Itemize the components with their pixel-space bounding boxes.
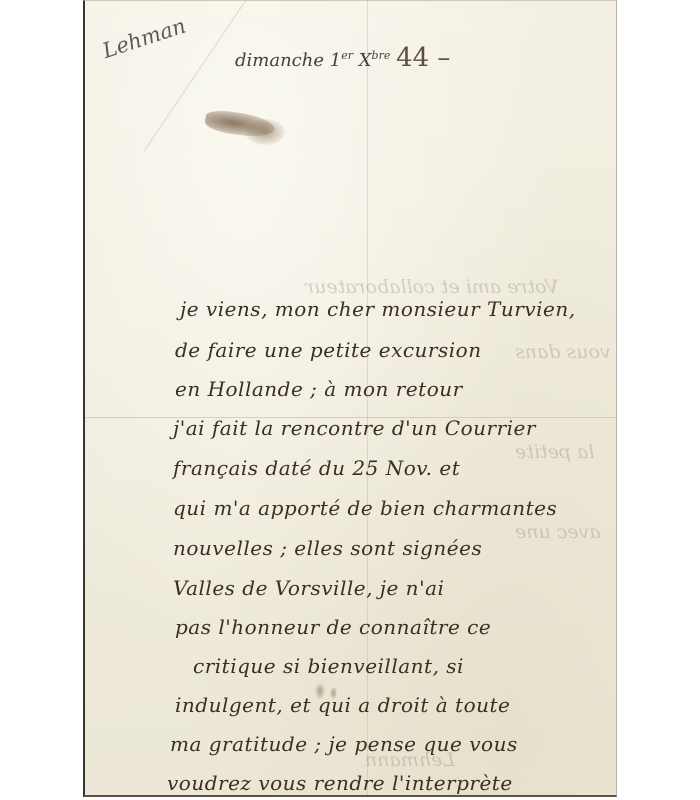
- dateline-day: dimanche: [235, 50, 324, 71]
- dateline-month-suffix: bre: [372, 49, 391, 62]
- dateline-month: X: [359, 50, 372, 71]
- dateline-ordinal-suffix: er: [341, 49, 353, 62]
- letter-line: ma gratitude ; je pense que vous: [170, 732, 518, 756]
- letter-line: français daté du 25 Nov. et: [173, 456, 460, 480]
- letter-line: pas l'honneur de connaître ce: [175, 615, 491, 639]
- letter-line: indulgent, et qui a droit à toute: [175, 693, 510, 717]
- show-through-text: avec une: [515, 521, 601, 543]
- dateline: dimanche 1er Xbre 44 –: [235, 43, 450, 73]
- show-through-text: Votre ami et collaborateur: [305, 276, 559, 298]
- ink-stain-secondary: [245, 119, 285, 145]
- letter-line: je viens, mon cher monsieur Turvien,: [180, 297, 576, 321]
- letter-line: Valles de Vorsville, je n'ai: [173, 576, 444, 600]
- letter-line: critique si bienveillant, si: [193, 654, 464, 678]
- letter-line: de faire une petite excursion: [175, 338, 482, 362]
- letter-line: j'ai fait la rencontre d'un Courrier: [173, 416, 536, 440]
- scan-canvas: Votre ami et collaborateur et vous dans …: [0, 0, 700, 800]
- dateline-ordinal: 1: [330, 50, 341, 71]
- letter-line: en Hollande ; à mon retour: [175, 377, 463, 401]
- letter-line: qui m'a apporté de bien charmantes: [173, 496, 557, 520]
- show-through-text: la petite: [515, 441, 594, 463]
- pencil-annotation: Lehman: [100, 14, 189, 63]
- letter-line: voudrez vous rendre l'interprète: [167, 771, 513, 795]
- letter-line: nouvelles ; elles sont signées: [173, 536, 482, 560]
- show-through-text: et vous dans: [515, 341, 617, 363]
- letter-paper: Votre ami et collaborateur et vous dans …: [83, 0, 617, 797]
- dateline-year: 44 –: [396, 43, 450, 73]
